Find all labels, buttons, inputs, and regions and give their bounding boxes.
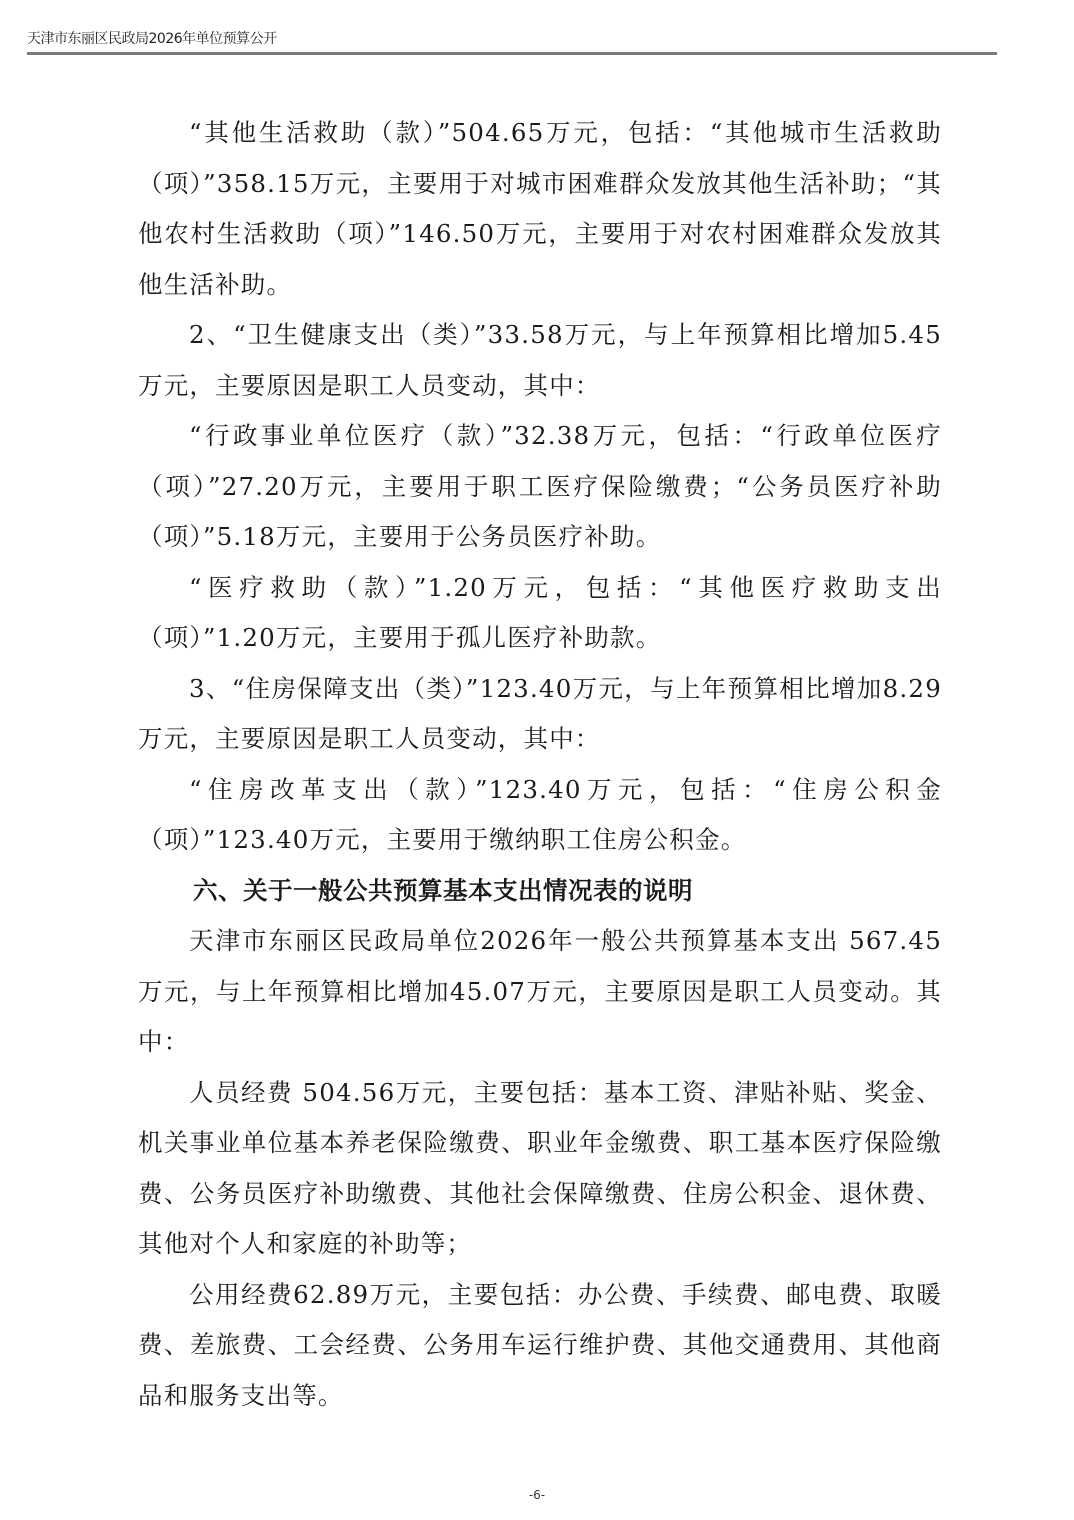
page-number: -6- bbox=[0, 1488, 1074, 1502]
paragraph-medical-assistance: “医疗救助（款）”1.20万元，包括：“其他医疗救助支出（项）”1.20万元，主… bbox=[138, 563, 942, 664]
paragraph-basic-expenditure: 天津市东丽区民政局单位2026年一般公共预算基本支出 567.45万元，与上年预… bbox=[138, 916, 942, 1068]
header-title: 天津市东丽区民政局2026年单位预算公开 bbox=[27, 30, 1027, 50]
paragraph-other-living-assistance: “其他生活救助（款）”504.65万元，包括：“其他城市生活救助（项）”358.… bbox=[138, 108, 942, 310]
document-body: “其他生活救助（款）”504.65万元，包括：“其他城市生活救助（项）”358.… bbox=[138, 108, 942, 1421]
paragraph-housing-expenditure: 3、“住房保障支出（类）”123.40万元，与上年预算相比增加8.29万元，主要… bbox=[138, 664, 942, 765]
page-header: 天津市东丽区民政局2026年单位预算公开 bbox=[27, 30, 1027, 50]
section-heading: 六、关于一般公共预算基本支出情况表的说明 bbox=[138, 866, 942, 917]
paragraph-health-expenditure: 2、“卫生健康支出（类）”33.58万元，与上年预算相比增加5.45万元，主要原… bbox=[138, 310, 942, 411]
paragraph-public-expenses: 公用经费62.89万元，主要包括：办公费、手续费、邮电费、取暖费、差旅费、工会经… bbox=[138, 1270, 942, 1422]
paragraph-housing-reform: “住房改革支出（款）”123.40万元，包括：“住房公积金（项）”123.40万… bbox=[138, 765, 942, 866]
paragraph-admin-medical: “行政事业单位医疗（款）”32.38万元，包括：“行政单位医疗（项）”27.20… bbox=[138, 411, 942, 563]
header-divider bbox=[27, 52, 997, 55]
paragraph-personnel-expenses: 人员经费 504.56万元，主要包括：基本工资、津贴补贴、奖金、机关事业单位基本… bbox=[138, 1068, 942, 1270]
